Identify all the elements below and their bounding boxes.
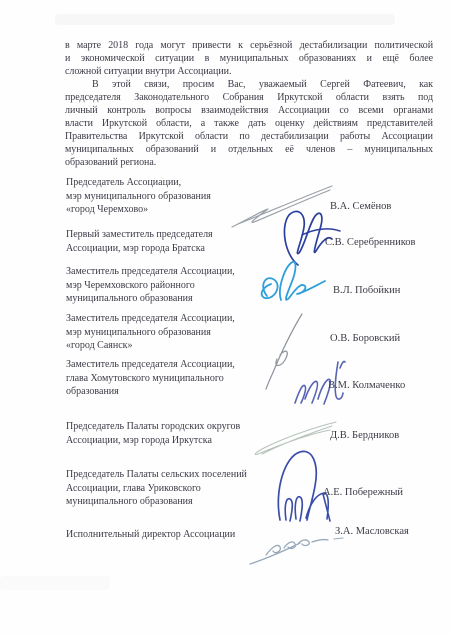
signatory-name: В.Л. Побойкин — [333, 285, 400, 296]
signatory-name: З.А. Масловская — [335, 526, 409, 537]
body-text-line: Правительства Иркутской области по деста… — [65, 130, 433, 143]
signatory-title-line: муниципального образования — [66, 495, 306, 509]
signatory-title: Заместитель председателя Ассоциации, гла… — [66, 358, 306, 399]
signatory-title-line: Заместитель председателя Ассоциации, — [66, 358, 306, 372]
signature-stroke — [334, 538, 343, 539]
signatory-title-line: Ассоциации, мэр города Братска — [66, 242, 306, 256]
signature-stroke — [278, 451, 316, 520]
signatory-title-line: Председатель Палаты сельских поселений — [66, 468, 306, 482]
body-text-line: и экономической ситуации в муниципальных… — [65, 52, 433, 65]
signatory-title-line: Первый заместитель председателя — [66, 228, 306, 242]
body-text-line: председателя Законодательного Собрания И… — [65, 91, 433, 104]
signature-stroke — [262, 262, 325, 300]
signatory-title-line: образования — [66, 385, 306, 399]
body-text-line: образований региона. — [65, 156, 433, 169]
signatory-name: В.М. Колмаченко — [328, 380, 405, 391]
scanned-letter-page: в марте 2018 года могут привести к серьё… — [0, 0, 450, 635]
poberezhny-signature — [273, 448, 337, 524]
signatory-title: Председатель Палаты сельских поселений А… — [66, 468, 306, 509]
poboykin-signature — [257, 258, 327, 310]
signature-stroke — [250, 540, 328, 564]
scan-artifact — [0, 576, 110, 590]
signatory-title-line: Ассоциации, глава Уриковского — [66, 482, 306, 496]
signatory-title: Первый заместитель председателя Ассоциац… — [66, 228, 306, 255]
signatory-name: О.В. Боровский — [330, 333, 400, 344]
maslovskaya-signature — [246, 532, 346, 568]
body-text-line: В этой связи, просим Вас, уважаемый Серг… — [65, 78, 433, 91]
body-text-line: власти Иркутской области, а также дать о… — [65, 117, 433, 130]
body-text-line: сложной ситуации внутри Ассоциации. — [65, 65, 433, 78]
body-text-line: в марте 2018 года могут привести к серьё… — [65, 39, 433, 52]
signatory-name: С.В. Серебренников — [325, 237, 415, 248]
signatory-title-line: глава Хомутовского муниципального — [66, 372, 306, 386]
body-text-line: муниципальных образований и отдельных её… — [65, 143, 433, 156]
signatory-name: А.Е. Побережный — [323, 487, 403, 498]
signatory-name: Д.В. Бердников — [330, 430, 399, 441]
scan-artifact — [55, 14, 395, 25]
body-text-line: личный контроль вопросы взаимодействия А… — [65, 104, 433, 117]
